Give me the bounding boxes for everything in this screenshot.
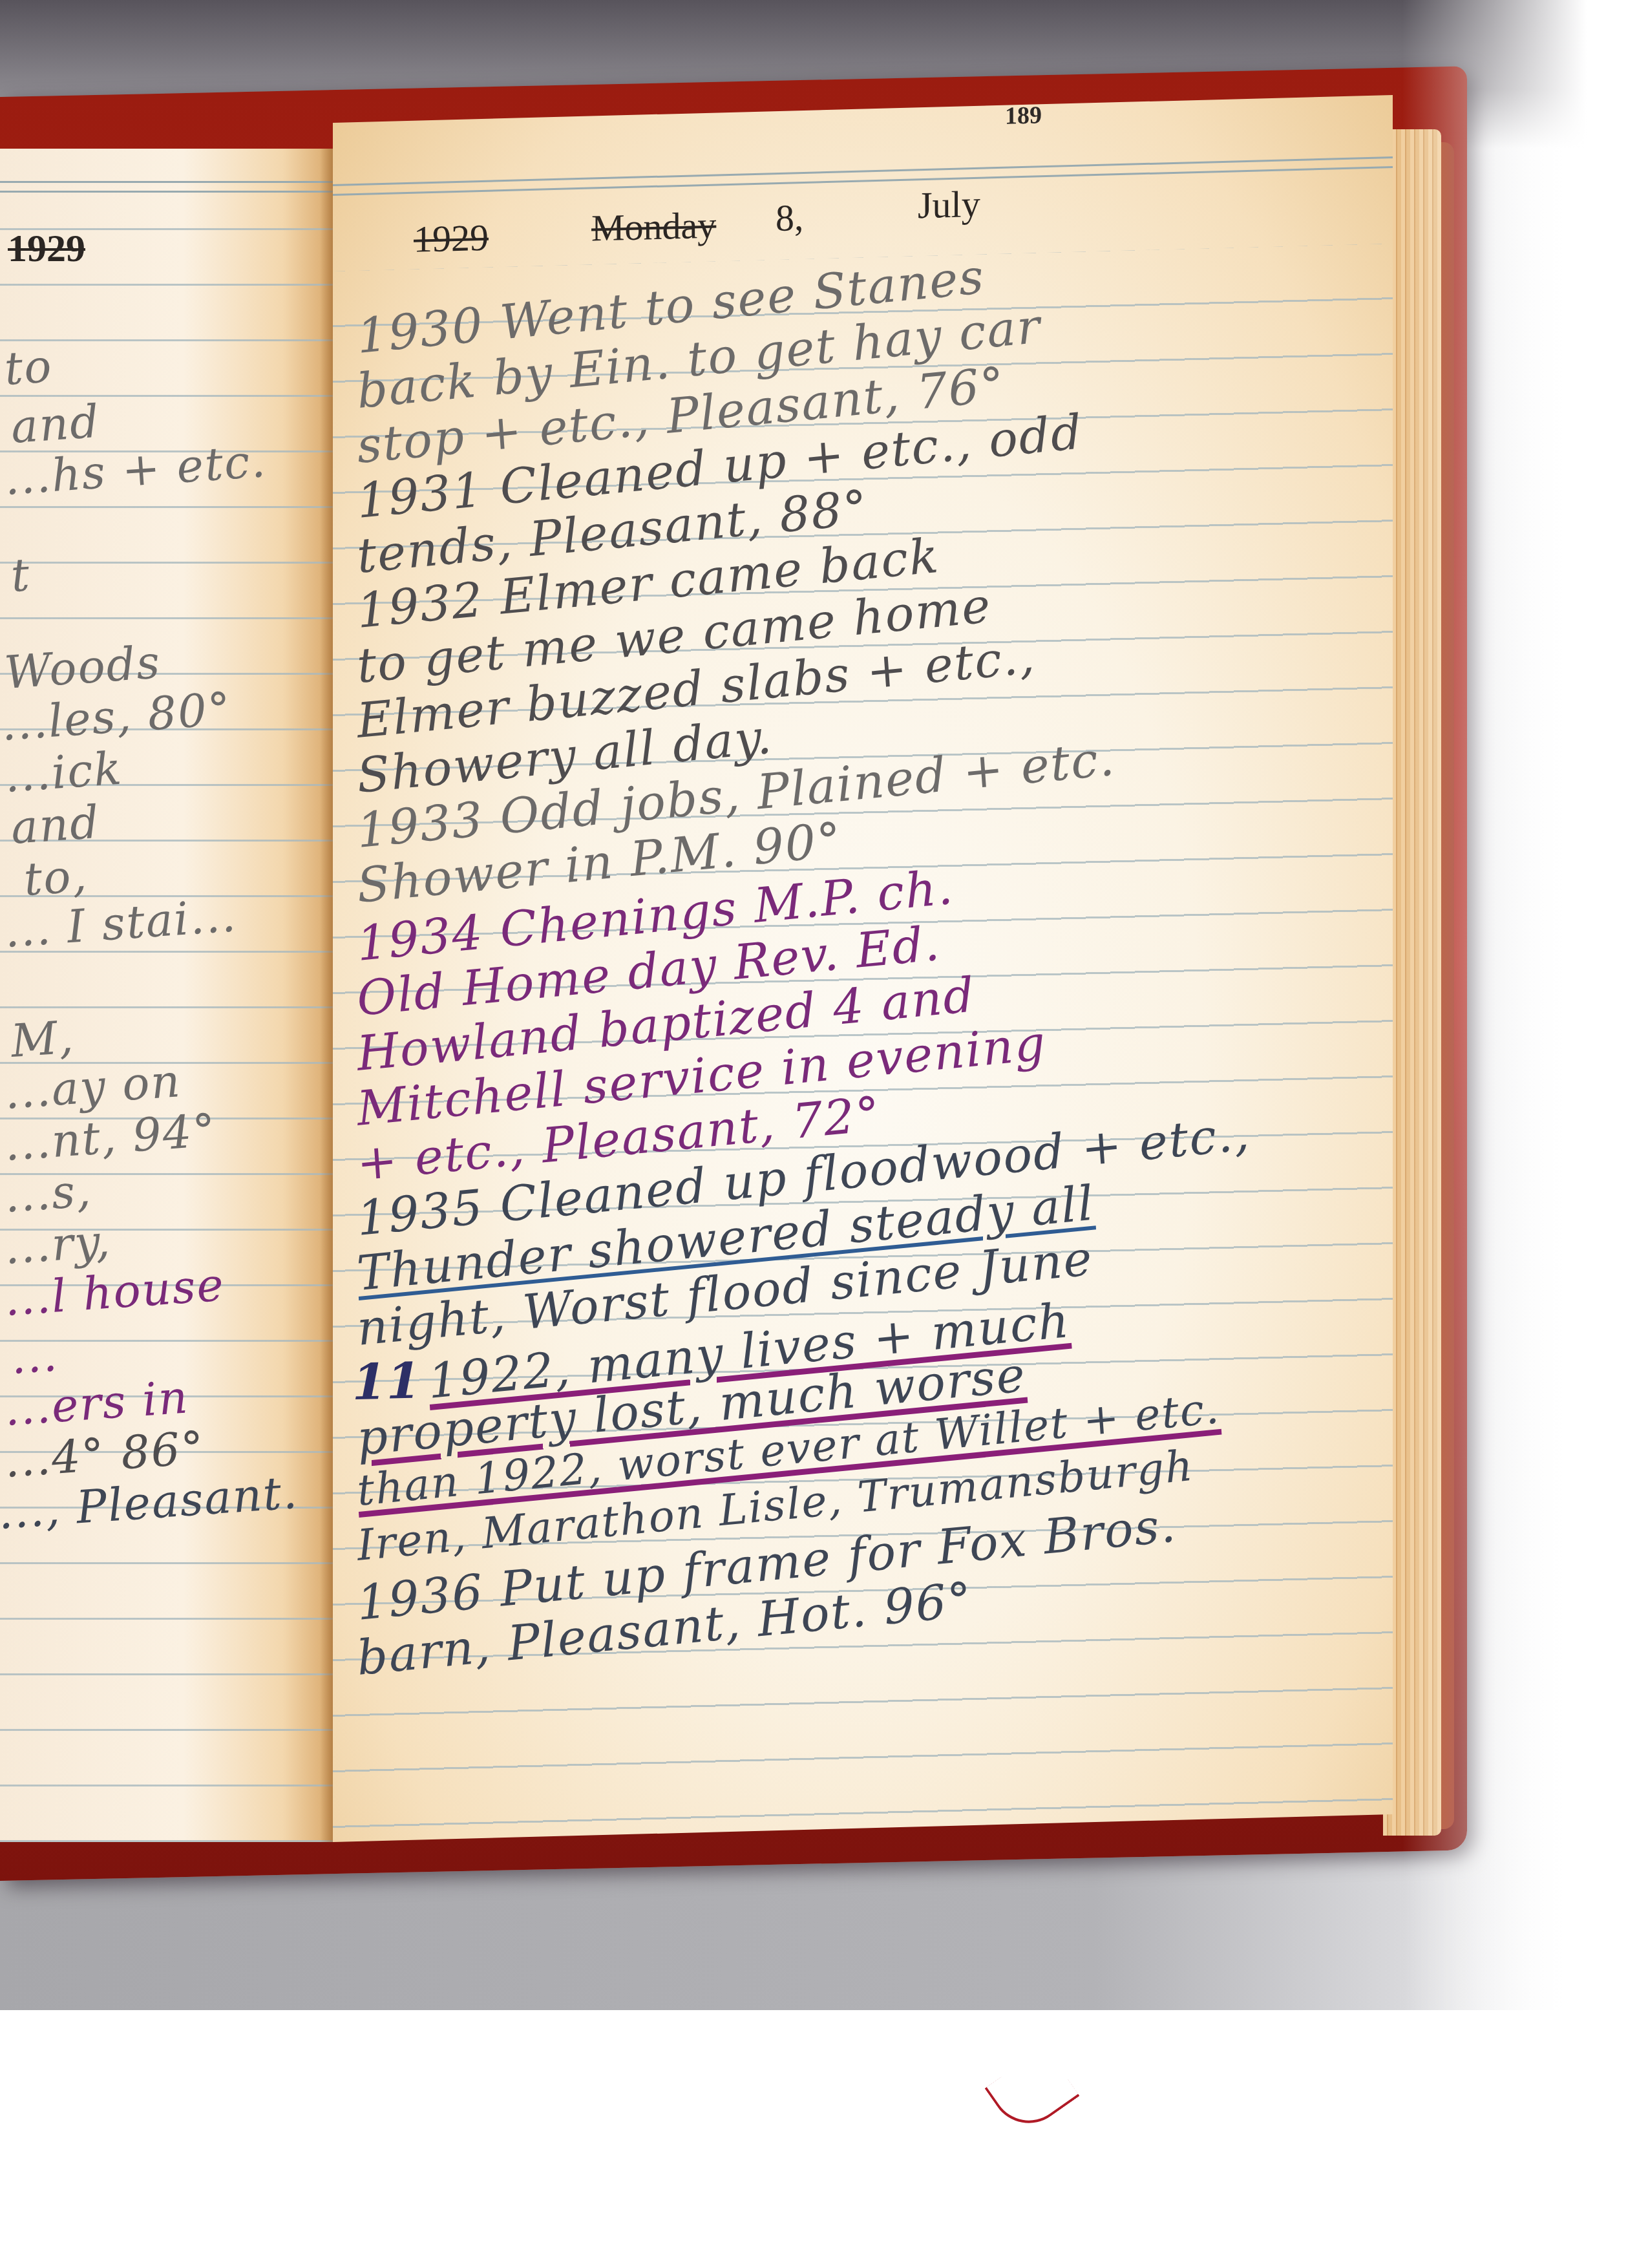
left-fragment: t [9,548,32,602]
header-year: 1929 [414,216,489,261]
loose-thread [984,2046,1079,2138]
left-fragment: ...s, [3,1164,93,1223]
left-fragment: ...ick [3,741,124,803]
left-page: 1929 to and ...hs + etc. t Woods ...les,… [0,149,333,1842]
page-number: 189 [1005,101,1042,130]
margin-mark: 11 [352,1351,421,1411]
left-page-printed-year: 1929 [8,226,85,271]
header-month: July [918,182,980,228]
header-rule [333,156,1393,196]
scanner-background-fade [1402,0,1648,2010]
left-fragment: to, [22,849,89,906]
left-fragment: and [9,395,101,454]
left-fragment: ... [9,1328,59,1384]
left-fragment: M, [9,1010,76,1068]
header-date: 8, [776,196,804,240]
left-fragment: to [3,339,54,396]
left-fragment: and [9,796,101,854]
header-weekday: Monday [591,203,716,249]
right-page: 189 1929 Monday 8, July 1930 Went to see… [333,95,1393,1842]
left-fragment: ...ry, [3,1214,112,1275]
